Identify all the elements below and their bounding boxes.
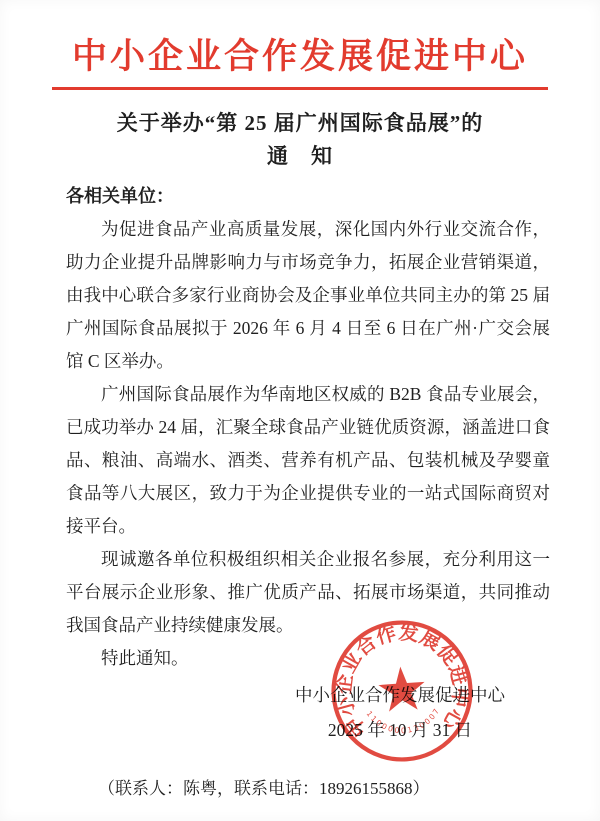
body-paragraphs: 为促进食品产业高质量发展，深化国内外行业交流合作，助力企业提升品牌影响力与市场竞… [66, 213, 550, 675]
contact-line: （联系人：陈粤，联系电话：18926155868） [98, 778, 600, 800]
document-page: 中小企业合作发展促进中心 关于举办“第 25 届广州国际食品展”的 通 知 各相… [0, 0, 600, 821]
document-title: 关于举办“第 25 届广州国际食品展”的 通 知 [0, 107, 600, 173]
salutation: 各相关单位： [66, 180, 550, 213]
signature-date: 2025 年 10 月 31 日 [280, 713, 520, 748]
signature-block: 中小企业合作发展促进中心 2025 年 10 月 31 日 [280, 678, 520, 748]
paragraph-2: 广州国际食品展作为华南地区权威的 B2B 食品专业展会，已成功举办 24 届，汇… [66, 378, 550, 543]
letterhead-org-name: 中小企业合作发展促进中心 [0, 36, 600, 78]
closing-phrase: 特此通知。 [66, 642, 550, 675]
document-title-line1: 关于举办“第 25 届广州国际食品展”的 [0, 107, 600, 140]
letterhead-divider [52, 87, 548, 90]
document-title-line2: 通 知 [0, 140, 600, 173]
paragraph-3: 现诚邀各单位积极组织相关企业报名参展，充分利用这一平台展示企业形象、推广优质产品… [66, 543, 550, 642]
paragraph-1: 为促进食品产业高质量发展，深化国内外行业交流合作，助力企业提升品牌影响力与市场竞… [66, 213, 550, 378]
signature-org: 中小企业合作发展促进中心 [280, 678, 520, 713]
